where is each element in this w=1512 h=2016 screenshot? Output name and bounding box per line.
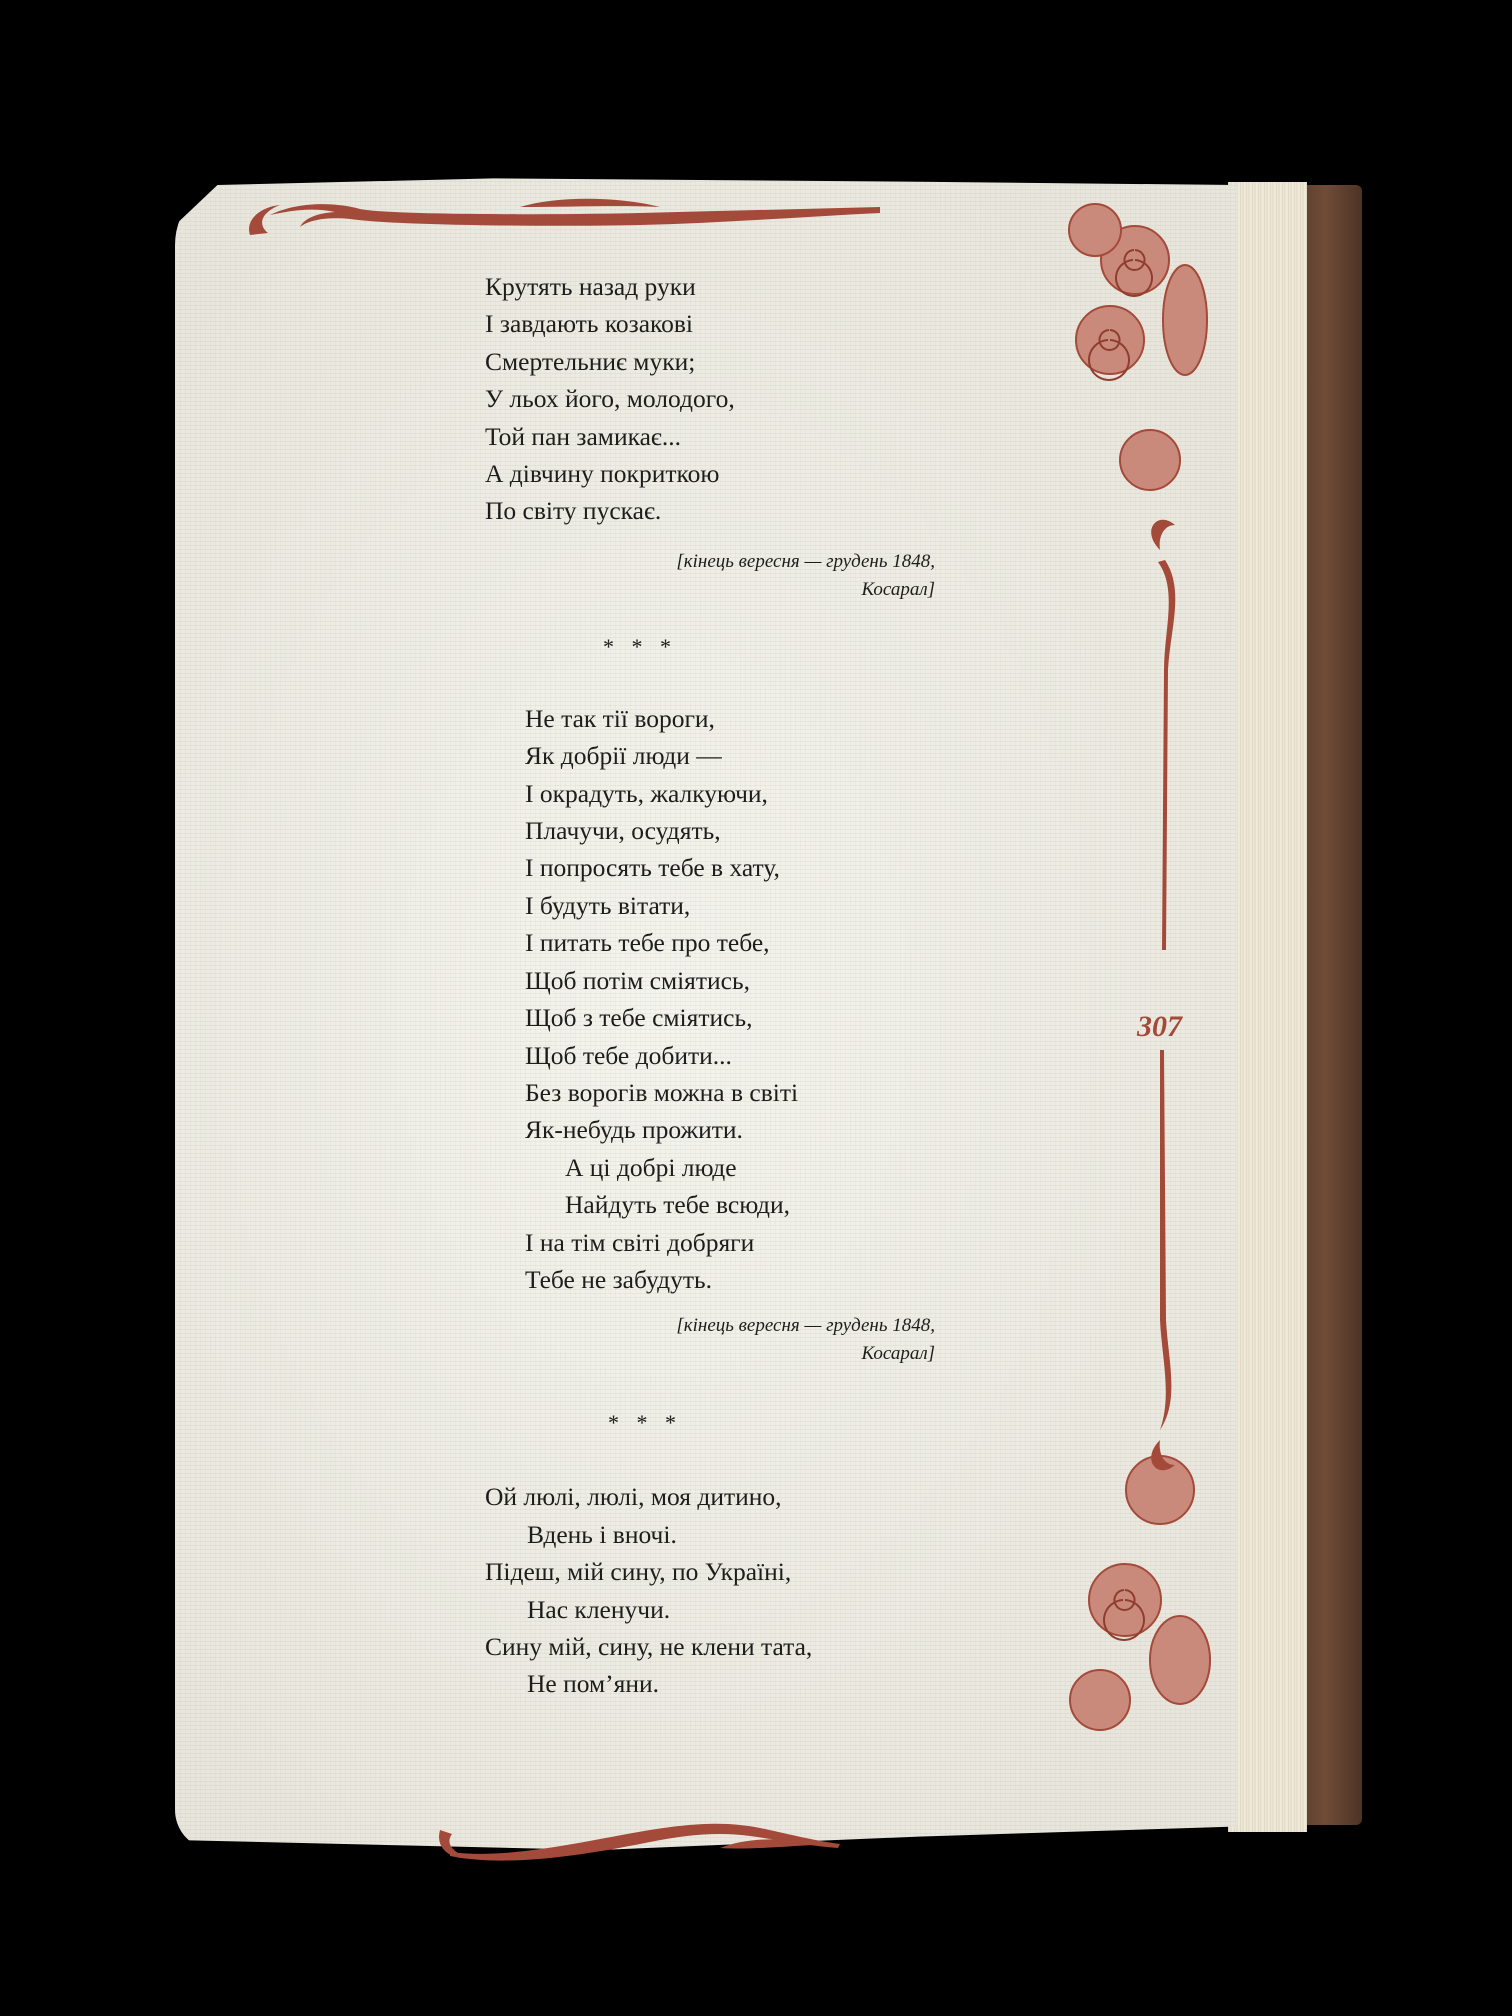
poem-line: І питать тебе про тебе, <box>525 924 965 961</box>
poem-line: І будуть вітати, <box>525 887 965 924</box>
poem-date-note: [кінець вересня — грудень 1848, Косарал] <box>485 1312 935 1368</box>
place-line: Косарал] <box>485 576 935 604</box>
poem-1: Крутять назад руки І завдають козакові С… <box>485 268 965 604</box>
poem-line: Плачучи, осудять, <box>525 812 965 849</box>
poem-line: Той пан замикає... <box>485 418 965 455</box>
page-number: 307 <box>1137 1010 1182 1044</box>
poem-line: А ці добрі люде <box>525 1149 965 1186</box>
poem-line: Як-небудь прожити. <box>525 1111 965 1148</box>
poem-line: І завдають козакові <box>485 305 965 342</box>
poem-line: Щоб тебе добити... <box>525 1037 965 1074</box>
date-line: [кінець вересня — грудень 1848, <box>485 548 935 576</box>
poem-line: Не так тії вороги, <box>525 700 965 737</box>
poem-line: У льох його, молодого, <box>485 380 965 417</box>
poem-line: Як добрії люди — <box>525 737 965 774</box>
poem-line: Без ворогів можна в світі <box>525 1074 965 1111</box>
poem-line: Щоб потім сміятись, <box>525 962 965 999</box>
poem-line: Крутять назад руки <box>485 268 965 305</box>
section-separator: * * * <box>555 1410 735 1436</box>
poem-line: Найдуть тебе всюди, <box>525 1186 965 1223</box>
poem-line: А дівчину покриткою <box>485 455 965 492</box>
poem-date-note: [кінець вересня — грудень 1848, Косарал] <box>485 548 935 604</box>
poem-line: І на тім світі добряги <box>525 1224 965 1261</box>
poem-line: І окрадуть, жалкуючи, <box>525 775 965 812</box>
poem-line: І попросять тебе в хату, <box>525 849 965 886</box>
poem-line: Підеш, мій сину, по Україні, <box>485 1553 965 1590</box>
poem-line: Не пом’яни. <box>485 1665 965 1702</box>
poem-line: Сину мій, сину, не клени тата, <box>485 1628 965 1665</box>
top-flourish-ornament <box>240 185 880 255</box>
poem-line: Вдень і вночі. <box>485 1516 965 1553</box>
poem-line: По світу пускає. <box>485 492 965 529</box>
book-cover <box>1300 185 1362 1825</box>
poem-line: Ой люлі, люлі, моя дитино, <box>485 1478 965 1515</box>
bottom-flourish-ornament <box>430 1800 850 1870</box>
poem-line: Щоб з тебе сміятись, <box>525 999 965 1036</box>
poem-text-column: Крутять назад руки І завдають козакові С… <box>485 268 965 1703</box>
date-line: [кінець вересня — грудень 1848, <box>485 1312 935 1340</box>
section-separator: * * * <box>550 634 730 660</box>
poem-3: * * * Ой люлі, люлі, моя дитино, Вдень і… <box>485 1410 965 1702</box>
place-line: Косарал] <box>485 1340 935 1368</box>
poem-2: * * * Не так тії вороги, Як добрії люди … <box>485 634 965 1369</box>
poem-line: Нас кленучи. <box>485 1591 965 1628</box>
poem-line: Тебе не забудуть. <box>525 1261 965 1298</box>
poem-line: Смертельниє муки; <box>485 343 965 380</box>
